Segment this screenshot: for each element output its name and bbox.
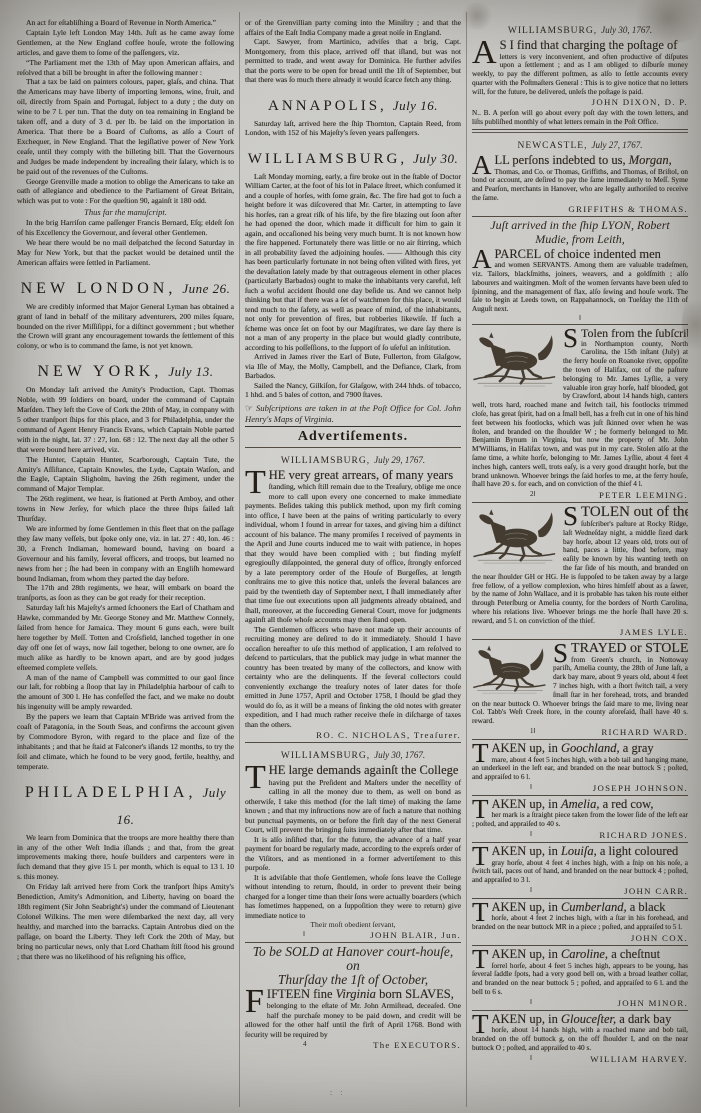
signature-name: JOSEPH JOHNSON. [593,783,688,793]
section-rule [472,639,688,640]
lead-italic: Amelia, [561,798,600,811]
ad-signature: 4The EXECUTORS. [245,1040,461,1050]
ad-strayed-mare-ward: STRAYED or STOLENfrom Green's church, in… [472,642,688,737]
ad-lead-line: AKEN up, in Goochland, a gray [492,742,689,756]
compositor-mark: 2‖ [530,490,535,498]
ad-dateline: WILLIAMSBURG, July 30, 1767. [245,745,461,763]
news-paragraph: George Grenville made a motion to oblige… [17,177,234,207]
column-right: WILLIAMSBURG, July 30, 1767. AS I find t… [466,12,693,1107]
ad-text: belonging to the eſtate of Mr. John Armi… [245,1001,461,1039]
city-date: July 16. [393,98,438,113]
section-rule [472,945,688,946]
ad-signature: 1‖RICHARD WARD. [472,727,688,737]
city-date: July 30. [413,151,458,166]
lead-text: a black [627,901,666,914]
ad-lead-line: AKEN up, in Glouceſter, a dark bay [492,1013,689,1027]
signature-name: JOHN MINOR. [617,998,688,1008]
lead-text: a red cow, [600,798,654,811]
section-rule [472,795,688,796]
city-name: NEW LONDON, [21,280,177,297]
ad-taken-up-gloucester: TAKEN up, in Glouceſter, a dark bayhorſe… [472,1013,688,1064]
signature-name: JOHN COX. [631,933,688,943]
ad-lead-line: S I find that charging the poſtage of [500,39,688,53]
ad-text: Thomas, and Co. or Thomas, Griffiths, an… [472,167,688,202]
news-paragraph: “The Parliament met the 13th of May upon… [17,58,234,78]
ad-lead-line: LL perſons indebted to us, Morgan, [495,154,689,168]
news-paragraph: Captain Lyle left London May 14th. Juſt … [17,28,234,58]
section-rule [245,447,461,448]
ad-text: ſorrel horſe, about 4 feet 5 inches high… [472,961,688,996]
news-paragraph: In the brig Harriſon came paſſenger Fran… [17,218,234,238]
news-paragraph: On Friday laſt arrived here from Cork th… [17,882,234,961]
lead-text: AKEN up, in [492,1013,561,1026]
drop-cap: A [472,39,500,66]
news-paragraph: We are credibly informed that Major Gene… [17,302,234,352]
news-paragraph: Capt. Sawyer, from Martinico, adviſes th… [245,37,461,85]
drop-cap: T [472,798,492,820]
news-paragraph: The Hunter, Captain Hunter, Scarborough,… [17,455,234,495]
ad-body: THE large demands againſt the Collegehav… [245,764,461,835]
signature-name: JAMES LYLE. [620,627,688,637]
ad-debts-newcastle: NEWCASTLE, July 27, 1767. ALL perſons in… [472,135,688,214]
ad-body: ALL perſons indebted to us, Morgan,Thoma… [472,154,688,203]
newspaper-page: An act for eſtabliſhing a Board of Reven… [0,0,701,1113]
dateline-philadelphia: PHILADELPHIA, July 16. [17,777,234,831]
page-bottom-mark: : : [330,1088,345,1097]
lead-text: LL perſons indebted to us, [495,154,629,167]
ad-text: It is adviſable that thoſe Gentlemen, wh… [245,873,461,921]
news-paragraph: We learn from Dominica that the troops a… [17,833,234,883]
lead-italic: Morgan, [629,154,672,167]
horse-woodcut-icon [472,508,558,568]
ad-lead-line: AKEN up, in Louiſa, a light coloured [492,845,689,859]
signature-name: PETER LEEMING. [599,490,688,500]
pointing-hand-icon: ☞ [245,404,253,414]
lead-text: a light coloured [597,845,679,858]
news-paragraph: Sailed the Nancy, Gilkiſon, for Glaſgow,… [245,381,461,400]
news-paragraph: The 26th regiment, we hear, is ſtationed… [17,494,234,524]
drop-cap: S [553,642,571,664]
signature-name: RO. C. NICHOLAS, Treaſurer. [316,730,461,740]
lead-text: AKEN up, in [492,948,561,961]
lead-italic: Caroline, [561,948,608,961]
ad-signature: 2‖PETER LEEMING. [472,490,688,500]
ad-dateline: WILLIAMSBURG, July 30, 1767. [472,20,688,38]
ad-text: having put the Preſident and Maſters und… [245,778,461,835]
ad-signature: ‖RICHARD JONES. [472,830,688,840]
column-left: An act for eſtabliſhing a Board of Reven… [12,12,239,1107]
drop-cap: T [245,469,269,496]
ad-date: July 30, 1767. [374,750,425,760]
ad-text: mare, about 4 feet 5 inches high, with a… [472,755,688,782]
ad-dateline: NEWCASTLE, July 27, 1767. [472,135,688,153]
lead-text: a cheſtnut [608,948,660,961]
news-paragraph: A man of the name of Campbell was commit… [17,673,234,713]
ad-lead-line: TRAYED or STOLEN [571,642,688,656]
signature-name: RICHARD WARD. [601,727,688,737]
ad-taken-up-caroline: TAKEN up, in Caroline, a cheſtnutſorrel … [472,948,688,1008]
drop-cap: T [472,948,492,970]
lead-italic: Goochland, [561,742,620,755]
subscription-notice: ☞ Subſcriptions are taken in at the Poſt… [245,403,461,424]
compositor-mark: ‖ [472,314,688,322]
news-paragraph: On Monday laſt arrived the Amity's Produ… [17,385,234,454]
city-name: PHILADELPHIA, [25,784,197,801]
news-paragraph: Saturday laſt his Majeſty's armed ſchoon… [17,603,234,672]
section-rule [245,426,461,427]
ad-signature: ‖JOSEPH JOHNSON. [472,783,688,793]
advertisements-heading: Advertiſements. [245,429,461,445]
ad-lead-line: PARCEL of choice indented men [495,248,689,262]
compositor-mark: 4 [303,1040,307,1048]
ad-postage-notice: WILLIAMSBURG, July 30, 1767. AS I find t… [472,20,688,127]
ad-taken-up-cumberland: TAKEN up, in Cumberland, a blackhorſe, a… [472,901,688,943]
ad-text: ſtanding, which ſtill remain due to the … [245,482,461,624]
compositor-mark: ‖ [530,830,532,838]
city-name: NEW YORK, [37,363,162,380]
ad-body: TAKEN up, in Caroline, a cheſtnutſorrel … [472,948,688,997]
ad-taken-up-louisa: TAKEN up, in Louiſa, a light colouredgra… [472,845,688,896]
ad-lead-line: HE large demands againſt the College [269,764,461,778]
news-paragraph: Arrived in James river the Earl of Bute,… [245,352,461,381]
ad-dateline: WILLIAMSBURG, July 29, 1767. [245,450,461,468]
compositor-mark: ‖ [530,1054,532,1062]
ad-lead-line: TOLEN out of the [581,505,688,520]
ad-text: horſe, about 14 hands high, with a roach… [472,1025,688,1052]
section-rule [472,842,688,843]
compositor-mark: ‖ [530,998,532,1006]
city-name: WILLIAMSBURG, [248,151,407,167]
news-paragraph: We hear there would be no mail deſpatche… [17,238,234,268]
news-paragraph: An act for eſtabliſhing a Board of Reven… [17,18,234,28]
news-paragraph: Laſt Monday morning, early, a fire broke… [245,172,461,353]
signature-name: WILLIAM HARVEY. [590,1054,688,1064]
ad-taken-up-goochland: TAKEN up, in Goochland, a graymare, abou… [472,742,688,793]
section-rule [472,739,688,740]
ad-signature: GRIFFITHS & THOMAS. [472,204,688,214]
lead-italic: Glouceſter, [561,1013,616,1026]
section-rule [245,942,461,943]
drop-cap: S [563,327,581,349]
lead-text: AKEN up, in [492,901,561,914]
ad-lead-line: HE very great arrears, of many years [269,469,461,483]
ad-body: TAKEN up, in Amelia, a red cow,her mark … [472,798,688,829]
ad-place: WILLIAMSBURG, [508,26,597,36]
section-rule [472,216,688,217]
city-date: June 26. [182,281,230,296]
city-name: ANNAPOLIS, [268,98,387,114]
lead-italic: Virginia [336,988,376,1001]
lead-text: a gray [620,742,654,755]
ad-signature: ‖JOHN CARR. [472,886,688,896]
drop-cap: T [245,764,269,791]
compositor-mark: 1‖ [530,727,535,735]
lead-italic: Cumberland, [561,901,627,914]
signature-name: RICHARD JONES. [599,830,688,840]
lead-text: born SLAVES, [376,988,454,1001]
section-rule [472,324,688,325]
drop-cap: F [245,988,267,1015]
ad-date: July 27, 1767. [591,140,642,150]
ad-postscript: N.. B. A perſon will go about every poſt… [472,109,688,127]
news-paragraph: or of the Grenvillian party coming into … [245,18,461,37]
ad-place: NEWCASTLE, [518,141,588,151]
ad-lead-line: IFTEEN fine Virginia born SLAVES, [267,988,461,1002]
ad-slave-sale: To be SOLD at Hanover court-houſe, on Th… [245,945,461,1050]
news-paragraph: By the papers we learn that Captain M'Br… [17,712,234,771]
ad-date: July 30, 1767. [601,25,652,35]
ad-headline: To be SOLD at Hanover court-houſe, on [245,945,461,972]
page-columns: An act for eſtabliſhing a Board of Reven… [12,12,693,1107]
horse-woodcut-icon [472,645,548,697]
compositor-mark: ‖ [530,886,532,894]
signature-name: The EXECUTORS. [373,1040,461,1050]
ad-text: The Gentlemen officers who have not made… [245,625,461,730]
ad-body: AS I find that charging the poſtage ofle… [472,39,688,96]
section-rule [245,742,461,743]
signature-name: JOHN DIXON, D. P. [592,97,688,107]
ad-stolen-horse-lyle: STOLEN out of theſubſcriber's paſture at… [472,505,688,637]
manuscript-note: Thus far the manuſcript. [17,207,234,217]
subscription-text: Subſcriptions are taken in at the Poſt O… [245,403,461,424]
signature-name: GRIFFITHS & THOMAS. [568,204,688,214]
news-paragraph: The 17th and 28th regiments, we hear, wi… [17,583,234,603]
news-paragraph: We are informed by ſome Gentlemen in thi… [17,524,234,583]
ad-signature: ‖WILLIAM HARVEY. [472,1054,688,1064]
dateline-annapolis: ANNAPOLIS, July 16. [245,90,461,117]
ad-signature: ‖JOHN BLAIR, Jun. [245,930,461,940]
compositor-mark: ‖ [530,783,532,791]
ad-body: STOLEN out of theſubſcriber's paſture at… [472,505,688,626]
ad-text: gray horſe, about 4 feet 4 inches high, … [472,858,688,885]
ad-closing: Their moſt obedient ſervant, [245,920,461,929]
ad-place: WILLIAMSBURG, [281,751,370,761]
ad-body: TAKEN up, in Louiſa, a light colouredgra… [472,845,688,885]
ad-college-demands: WILLIAMSBURG, July 30, 1767. THE large d… [245,745,461,940]
lead-text: AKEN up, in [492,798,561,811]
ad-body: TAKEN up, in Cumberland, a blackhorſe, a… [472,901,688,932]
ad-text: horſe, about 4 feet 2 inches high, with … [472,913,688,931]
ad-date: July 29, 1767. [374,455,425,465]
column-middle: or of the Grenvillian party coming into … [239,12,466,1107]
ad-signature: RO. C. NICHOLAS, Treaſurer. [245,730,461,740]
dateline-new-york: NEW YORK, July 13. [17,356,234,383]
lead-text: IFTEEN fine [267,988,336,1001]
dateline-new-london: NEW LONDON, June 26. [17,273,234,300]
ad-headline: Mudie, from Leith, [472,233,688,247]
ad-headline: Juſt arrived in the ſhip LYON, Robert [472,219,688,233]
ad-body: STolen from the ſubſcriberin Northampton… [472,327,688,489]
ad-ship-lyon-servants: Juſt arrived in the ſhip LYON, Robert Mu… [472,219,688,322]
drop-cap: A [472,248,495,270]
ad-body: FIFTEEN fine Virginia born SLAVES,belong… [245,988,461,1040]
ad-taken-up-amelia: TAKEN up, in Amelia, a red cow,her mark … [472,798,688,840]
lead-italic: Louiſa, [561,845,597,858]
ad-text: and women SERVANTS. Among them are valua… [472,260,688,313]
section-rule [472,1010,688,1011]
section-rule [472,129,688,133]
signature-name: JOHN BLAIR, Jun. [370,930,461,940]
news-paragraph: Saturday laſt, arrived here the ſhip Tho… [245,119,461,138]
ad-body: TAKEN up, in Glouceſter, a dark bayhorſe… [472,1013,688,1053]
ad-signature: JOHN COX. [472,933,688,943]
drop-cap: T [472,1013,492,1035]
ad-text: letters is very inconvenient, and often … [472,52,688,96]
drop-cap: A [472,154,495,176]
ad-text: her mark is a ſtraight piece taken from … [472,810,688,828]
ad-place: WILLIAMSBURG, [281,456,370,466]
ad-body: TAKEN up, in Goochland, a graymare, abou… [472,742,688,782]
lead-text: a dark bay [616,1013,671,1026]
section-rule [472,898,688,899]
horse-woodcut-icon [472,330,558,392]
ad-lead-line: AKEN up, in Cumberland, a black [492,901,689,915]
ad-body: THE very great arrears, of many yearsſta… [245,469,461,625]
lead-text: AKEN up, in [492,742,561,755]
ad-lead-line: AKEN up, in Caroline, a cheſtnut [492,948,689,962]
city-date: July 13. [168,364,213,379]
lead-text: AKEN up, in [492,845,561,858]
ad-body: APARCEL of choice indented menand women … [472,248,688,314]
ad-signature: JAMES LYLE. [472,627,688,637]
ad-lead-line: AKEN up, in Amelia, a red cow, [492,798,689,812]
ad-signature: JOHN DIXON, D. P. [472,97,688,107]
drop-cap: S [563,505,581,527]
drop-cap: T [472,742,492,764]
section-rule [472,502,688,503]
ad-text: It is alſo inſiſted that, for the future… [245,835,461,873]
ad-body: STRAYED or STOLENfrom Green's church, in… [472,642,688,726]
ad-headline: Thurſday the 1ſt of October, [245,973,461,987]
drop-cap: T [472,845,492,867]
ad-treasury-arrears: WILLIAMSBURG, July 29, 1767. THE very gr… [245,450,461,741]
dateline-williamsburg: WILLIAMSBURG, July 30. [245,143,461,170]
ad-signature: ‖JOHN MINOR. [472,998,688,1008]
signature-name: JOHN CARR. [624,886,688,896]
drop-cap: T [472,901,492,923]
ad-stolen-horse-leeming: STolen from the ſubſcriberin Northampton… [472,327,688,500]
compositor-mark: ‖ [303,930,305,938]
news-paragraph: That a tax be laid on painters colours, … [17,77,234,176]
